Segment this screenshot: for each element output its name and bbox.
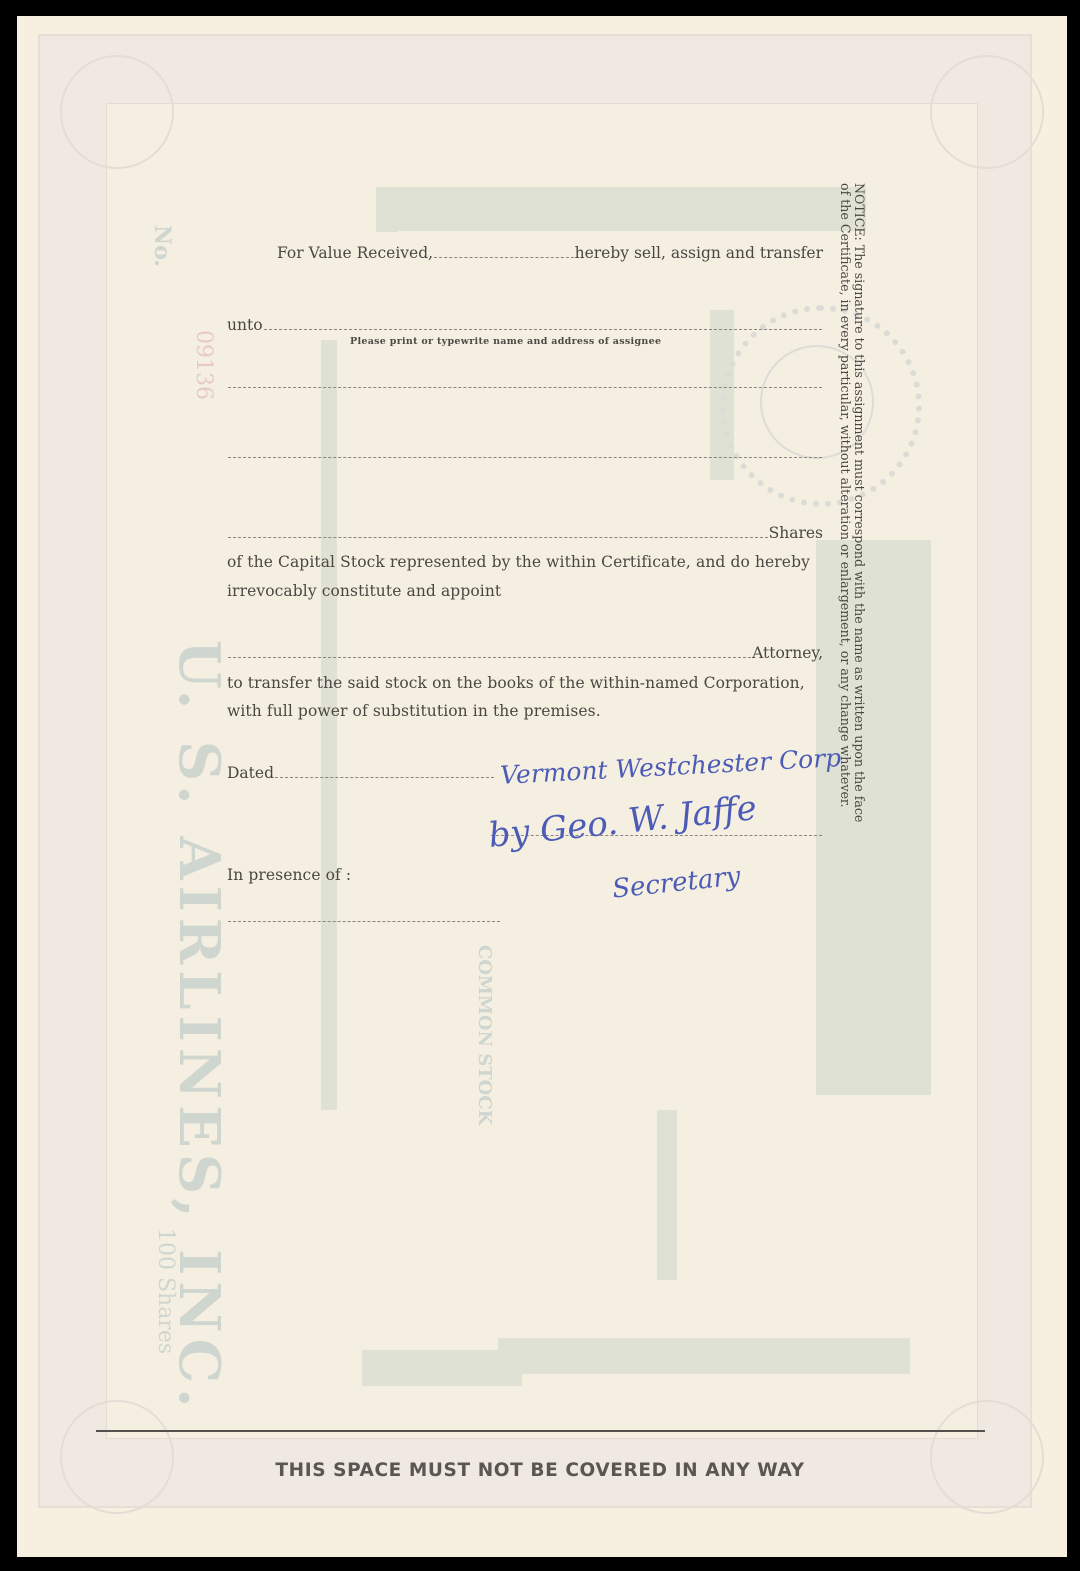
show-through-panel-upper-left [376,187,398,232]
guilloche-ornament-bottom-right [930,1400,1044,1514]
show-through-panel-bottom [498,1338,910,1374]
date-field[interactable] [275,776,494,778]
shares-label: Shares [769,524,823,542]
capital-stock-text: of the Capital Stock represented by the … [227,553,810,571]
attorney-label: Attorney, [752,644,823,662]
show-through-panel-bottom-left [362,1350,522,1386]
footer-rule [96,1430,985,1432]
guilloche-ornament-top-left [60,55,174,169]
show-through-stock-class: COMMON STOCK [474,945,495,1125]
assignee-address-field-1[interactable] [228,386,822,388]
unto-label: unto [227,316,263,334]
assignee-field[interactable] [264,328,822,330]
witness-field[interactable] [228,920,500,922]
attorney-line: Attorney, [227,644,823,662]
notice-text: NOTICE: The signature to this assignment… [838,183,866,822]
assignee-address-line-1 [227,386,823,392]
assignee-address-field-2[interactable] [228,456,822,458]
assignee-address-line-2 [227,456,823,462]
notice-line-1: NOTICE: The signature to this assignment… [852,183,866,822]
appoint-text: irrevocably constitute and appoint [227,582,501,600]
show-through-panel-right [816,540,931,1095]
show-through-bar-lower [657,1110,677,1280]
notice-line-2: of the Certificate, in every particular,… [838,183,852,822]
guilloche-ornament-bottom-left [60,1400,174,1514]
show-through-panel-top [376,187,866,231]
substitution-text: with full power of substitution in the p… [227,702,601,720]
presence-label: In presence of : [227,866,351,884]
value-received-label: For Value Received, [277,244,433,262]
transfer-text: to transfer the said stock on the books … [227,674,805,692]
witness-line [227,920,501,926]
dated-line: Dated [227,764,495,782]
show-through-shares: 100 Shares [153,1228,178,1354]
unto-line: unto [227,316,823,334]
value-received-line: For Value Received, hereby sell, assign … [277,244,823,262]
guilloche-ornament-top-right [930,55,1044,169]
show-through-cert-label: No. [149,225,175,267]
assignee-hint: Please print or typewrite name and addre… [350,336,661,347]
sell-assign-transfer-label: hereby sell, assign and transfer [575,244,823,262]
shares-count-field[interactable] [228,536,768,538]
dated-label: Dated [227,764,274,782]
shares-line: Shares [227,524,823,542]
footer-warning: THIS SPACE MUST NOT BE COVERED IN ANY WA… [0,1460,1080,1481]
show-through-cert-number: 09136 [191,330,216,400]
attorney-field[interactable] [228,656,751,658]
assignor-field[interactable] [434,256,574,258]
